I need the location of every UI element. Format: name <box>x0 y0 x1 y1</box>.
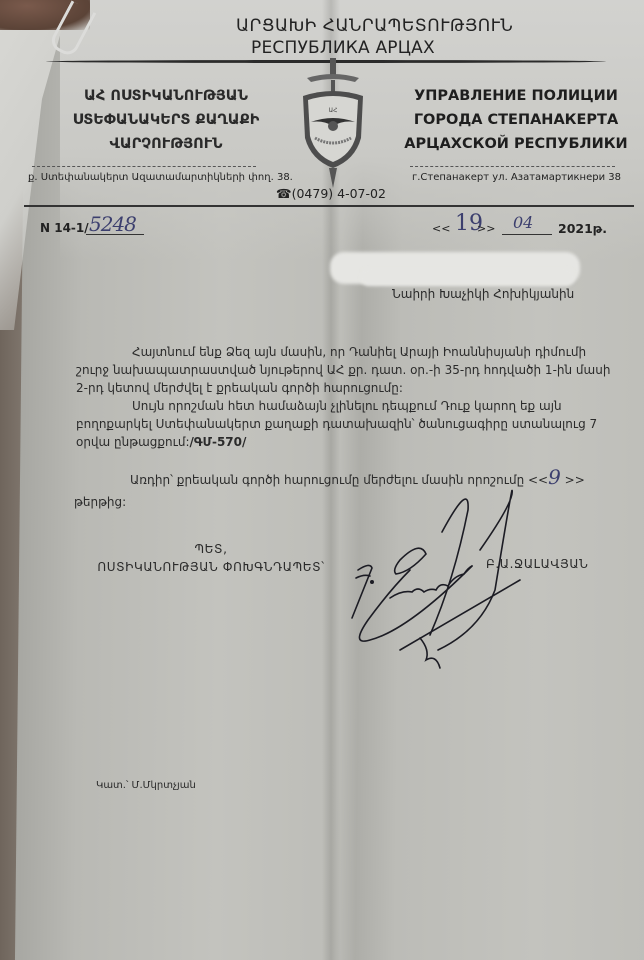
address-rule-right <box>410 166 615 167</box>
body-paragraph-1: Հայտնում ենք Ձեզ այն մասին, որ Դանիել Ար… <box>76 343 616 397</box>
date-month: 04 <box>513 213 533 232</box>
date-underline <box>502 234 552 235</box>
header-bottom-rule <box>24 205 634 207</box>
body-paragraph-2: Սույն որոշման հետ համաձայն չլինելու դեպք… <box>76 397 616 451</box>
phone-number: ☎(0479) 4-07-02 <box>276 186 386 201</box>
svg-text:ԱՀ: ԱՀ <box>329 107 338 114</box>
letterhead-title-armenian: ԱՐՑԱԽԻ ՀԱՆՐԱՊԵՏՈՒԹՅՈՒՆ <box>236 16 513 36</box>
letterhead-title-russian: РЕСПУБЛИКА АРЦАХ <box>251 38 435 58</box>
executor-note: Կատ.՝ Մ.Մկրտչյան <box>96 780 196 791</box>
attachment-pages: 9 <box>548 465 561 489</box>
org-name-russian: УПРАВЛЕНИЕ ПОЛИЦИИ ГОРОДА СТЕПАНАКЕРТА А… <box>400 84 632 156</box>
signatory-name: Բ.Ա.ՋԱԼԱՎՅԱՆ <box>486 557 589 571</box>
address-russian: г.Степанакерт ул. Азатамартикнери 38 <box>412 172 621 183</box>
address-armenian: ք. Ստեփանակերտ Ազատամարտիկների փող. 38. <box>28 172 293 183</box>
org-name-armenian: ԱՀ ՈՍՏԻԿԱՆՈՒԹՅԱՆ ՍՏԵՓԱՆԱԿԵՐՏ ՔԱՂԱՔԻ ՎԱՐՉ… <box>66 84 266 156</box>
reference-number: 5248 <box>89 212 136 236</box>
handwritten-signature <box>330 470 550 680</box>
date-quote-open: << <box>432 222 450 235</box>
signatory-title: ՊԵՏ, ՈՍՏԻԿԱՆՈՒԹՅԱՆ ՓՈԽԳՆԴԱՊԵՏ՝ <box>96 540 326 576</box>
address-rule-left <box>32 166 256 167</box>
recipient-name: Նաիրի Խաչիկի Հոխիկյանին <box>392 287 574 301</box>
case-code: /ԳՄ-570/ <box>190 435 247 449</box>
date-year: 2021թ. <box>558 221 607 236</box>
reference-underline <box>86 234 144 235</box>
police-emblem-icon: ԱՀ <box>293 56 373 196</box>
redaction-mark <box>360 268 575 286</box>
reference-label: N 14-1/ <box>40 221 89 235</box>
telephone-icon: ☎ <box>276 186 292 201</box>
letter-body: Հայտնում ենք Ձեզ այն մասին, որ Դանիել Ար… <box>76 343 616 451</box>
date-quote-close: >> <box>477 222 495 235</box>
